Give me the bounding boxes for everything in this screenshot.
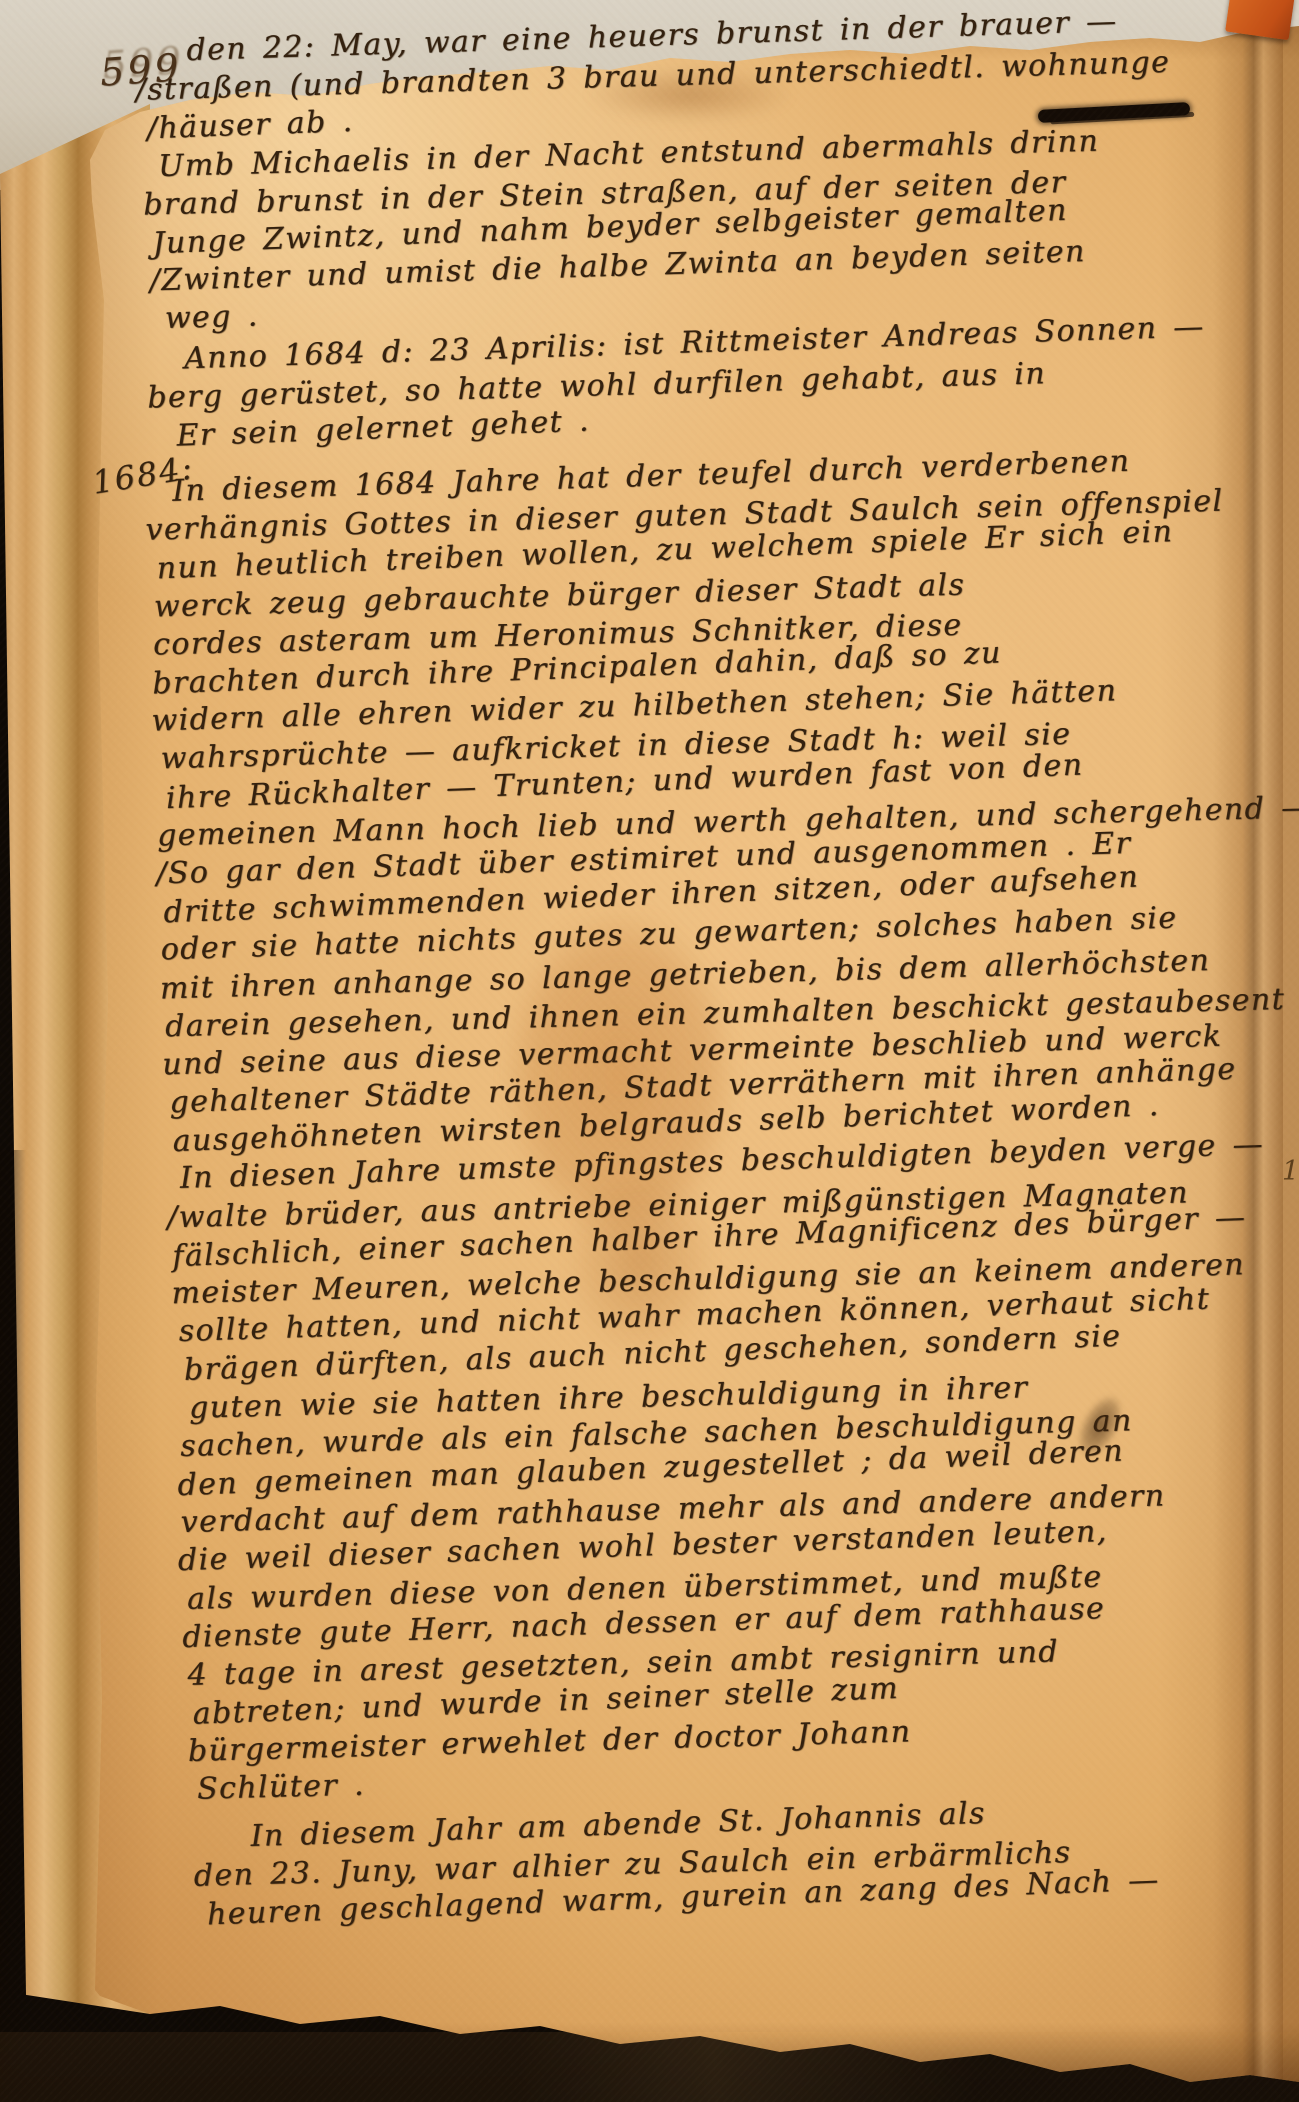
handwritten-text: den 22: May, war eine heuers brunst in d… — [128, 0, 1299, 1934]
bottom-page-edge — [0, 2032, 1299, 2102]
entry-may-fire: den 22: May, war eine heuers brunst in d… — [128, 0, 1287, 339]
page-number: 599 — [99, 45, 183, 95]
gutter-shadow — [0, 1150, 26, 2102]
right-margin-page-number: 16 — [1282, 1156, 1299, 1187]
entry-year-1684-account: In diesem 1684 Jahre hat der teufel durc… — [142, 438, 1299, 1810]
manuscript-photo: den 22: May, war eine heuers brunst in d… — [0, 0, 1299, 2102]
